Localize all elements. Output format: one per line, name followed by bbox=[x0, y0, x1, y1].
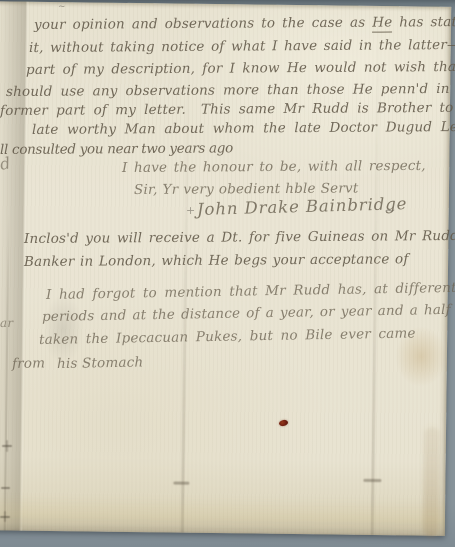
margin-fragment: ar bbox=[0, 316, 13, 330]
manuscript-line: ll consulted you near two years ago bbox=[0, 140, 233, 158]
closing-line: I have the honour to be, with all respec… bbox=[122, 158, 426, 176]
line-text: your opinion and observations to the cas… bbox=[34, 15, 372, 33]
signature-paraph: + bbox=[186, 204, 196, 217]
line-text: has stated bbox=[392, 14, 455, 31]
pencil-squiggle-mark: ~ bbox=[58, 2, 65, 12]
postscript-line: periods and at the distance of a year, o… bbox=[42, 302, 451, 325]
ink-bleed-mark bbox=[1, 487, 10, 489]
manuscript-line: part of my description, for I know He wo… bbox=[26, 59, 455, 78]
postscript-line: I had forgot to mention that Mr Rudd has… bbox=[46, 280, 455, 303]
note-line: Banker in London, which He begs your acc… bbox=[24, 251, 409, 270]
manuscript-line: late worthy Man about whom the late Doct… bbox=[32, 119, 455, 138]
note-line: Inclos'd you will receive a Dt. for five… bbox=[24, 228, 455, 247]
manuscript-line: it, without taking notice of what I have… bbox=[29, 37, 455, 56]
manuscript-text-layer: your opinion and observations to the cas… bbox=[0, 0, 455, 547]
red-wax-dot bbox=[278, 419, 288, 427]
manuscript-line: should use any observations more than th… bbox=[6, 81, 455, 100]
manuscript-line: former part of my letter. This same Mr R… bbox=[0, 100, 455, 119]
manuscript-line: your opinion and observations to the cas… bbox=[34, 14, 455, 33]
underlined-word: He bbox=[372, 14, 392, 32]
postscript-line: taken the Ipecacuan Pukes, but no Bile e… bbox=[39, 325, 416, 348]
postscript-line-fragment: from bbox=[12, 355, 45, 372]
signature: John Drake Bainbridge bbox=[197, 194, 408, 220]
postscript-line: his Stomach bbox=[57, 354, 144, 372]
signature-flourish: ~ bbox=[384, 203, 396, 219]
ink-bleed-mark bbox=[6, 440, 8, 452]
ink-bleed-mark bbox=[4, 511, 6, 522]
